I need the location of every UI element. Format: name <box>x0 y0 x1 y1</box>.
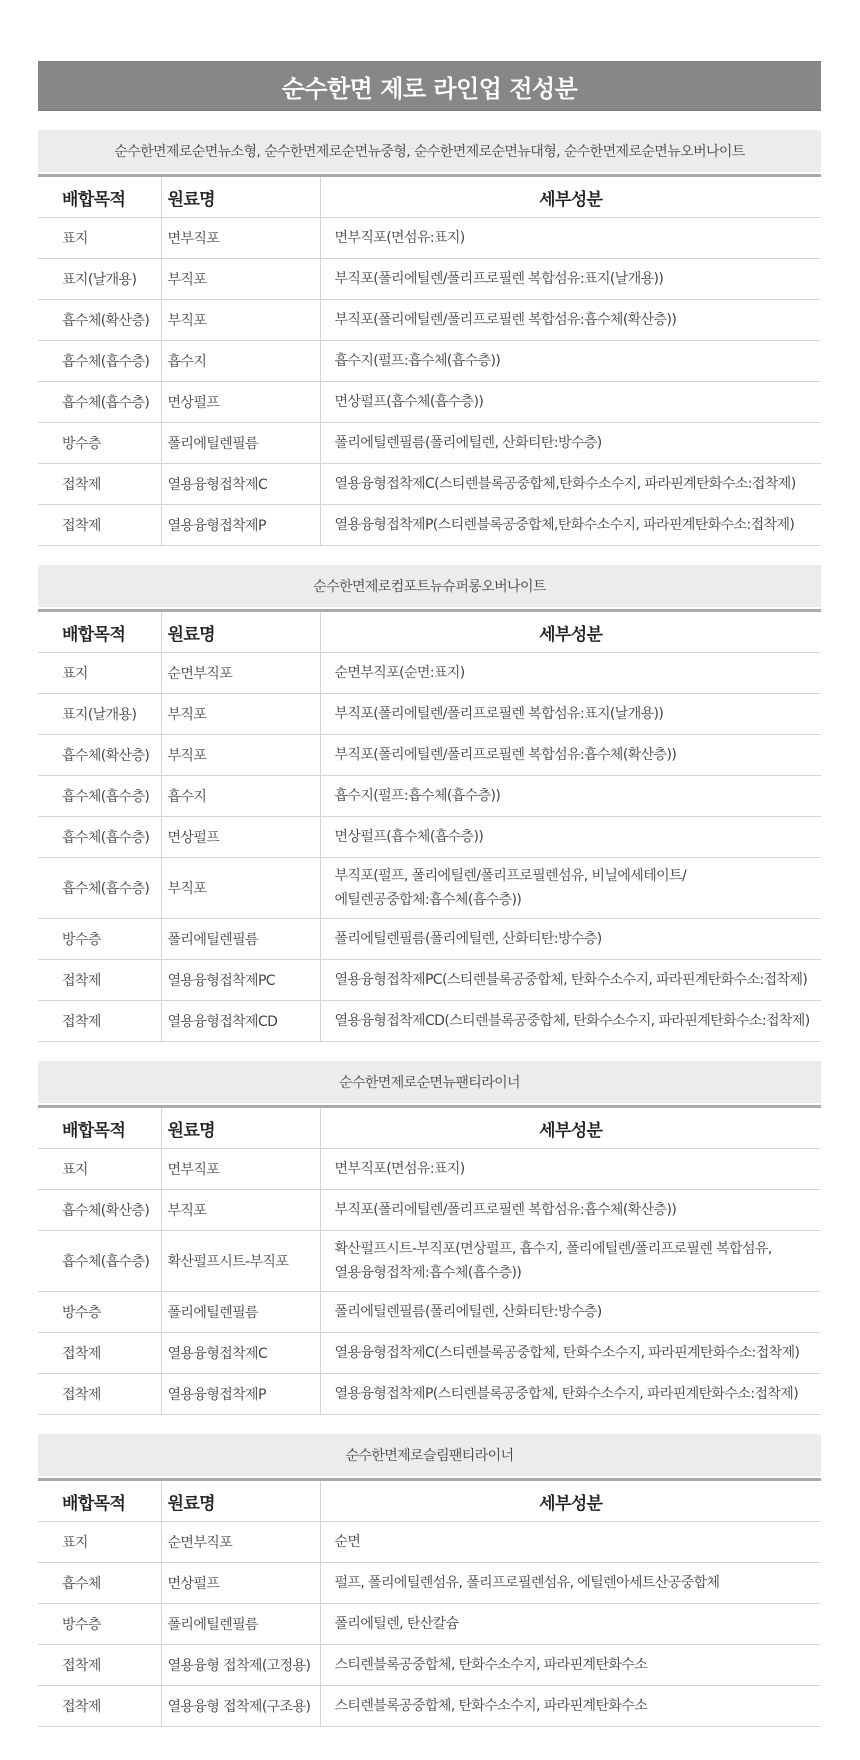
detail-cell: 폴리에틸렌필름(폴리에틸렌, 산화티탄:방수층) <box>320 1292 821 1333</box>
purpose-cell: 흡수체(흡수층) <box>38 817 161 858</box>
detail-cell: 부직포(폴리에틸렌/폴리프로필렌 복합섬유:표지(날개용)) <box>320 259 821 300</box>
material-cell: 폴리에틸렌필름 <box>161 919 320 960</box>
material-cell: 열용융형 접착제(구조용) <box>161 1686 320 1727</box>
detail-cell: 폴리에틸렌, 탄산칼슘 <box>320 1604 821 1645</box>
ingredients-table: 배합목적 원료명 세부성분 표지 면부직포 면부직포(면섬유:표지) 흡수체(확… <box>38 1105 821 1415</box>
detail-cell: 부직포(펄프, 폴리에틸렌/폴리프로필렌섬유, 비닐에세테이트/ 에틸렌공중합체… <box>320 858 821 919</box>
product-names: 순수한면제로슬림팬티라이너 <box>38 1434 821 1476</box>
material-cell: 순면부직포 <box>161 653 320 694</box>
material-cell: 열용융형접착제C <box>161 1333 320 1374</box>
table-row: 표지 순면부직포 순면 <box>38 1522 821 1563</box>
table-header-row: 배합목적 원료명 세부성분 <box>38 1480 821 1522</box>
detail-cell: 폴리에틸렌필름(폴리에틸렌, 산화티탄:방수층) <box>320 919 821 960</box>
column-header-material: 원료명 <box>161 1480 320 1522</box>
material-cell: 면부직포 <box>161 218 320 259</box>
detail-cell: 흡수지(펄프:흡수체(흡수층)) <box>320 776 821 817</box>
table-header-row: 배합목적 원료명 세부성분 <box>38 176 821 218</box>
purpose-cell: 접착제 <box>38 960 161 1001</box>
material-cell: 열용융형접착제PC <box>161 960 320 1001</box>
product-names: 순수한면제로순면뉴소형, 순수한면제로순면뉴중형, 순수한면제로순면뉴대형, 순… <box>38 130 821 172</box>
detail-cell: 부직포(폴리에틸렌/폴리프로필렌 복합섬유:흡수체(확산층)) <box>320 300 821 341</box>
detail-cell: 열용융형접착제PC(스티렌블록공중합체, 탄화수소수지, 파라핀계탄화수소:접착… <box>320 960 821 1001</box>
detail-cell: 열용융형접착제C(스티렌블록공중합체, 탄화수소수지, 파라핀계탄화수소:접착제… <box>320 1333 821 1374</box>
product-names: 순수한면제로순면뉴팬티라이너 <box>38 1061 821 1103</box>
table-row: 접착제 열용융형접착제P 열용융형접착제P(스티렌블록공중합체,탄화수소수지, … <box>38 505 821 546</box>
table-row: 표지 면부직포 면부직포(면섬유:표지) <box>38 218 821 259</box>
detail-cell: 열용융형접착제C(스티렌블록공중합체,탄화수소수지, 파라핀계탄화수소:접착제) <box>320 464 821 505</box>
material-cell: 면부직포 <box>161 1149 320 1190</box>
detail-cell: 열용융형접착제P(스티렌블록공중합체,탄화수소수지, 파라핀계탄화수소:접착제) <box>320 505 821 546</box>
page-title: 순수한면 제로 라인업 전성분 <box>38 61 821 111</box>
material-cell: 부직포 <box>161 259 320 300</box>
detail-cell: 순면 <box>320 1522 821 1563</box>
table-row: 방수층 폴리에틸렌필름 폴리에틸렌, 탄산칼슘 <box>38 1604 821 1645</box>
table-header-row: 배합목적 원료명 세부성분 <box>38 611 821 653</box>
purpose-cell: 방수층 <box>38 1292 161 1333</box>
material-cell: 부직포 <box>161 858 320 919</box>
material-cell: 부직포 <box>161 1190 320 1231</box>
table-row: 흡수체(확산층) 부직포 부직포(폴리에틸렌/폴리프로필렌 복합섬유:흡수체(확… <box>38 300 821 341</box>
column-header-purpose: 배합목적 <box>38 1107 161 1149</box>
detail-cell: 면상펄프(흡수체(흡수층)) <box>320 382 821 423</box>
material-cell: 부직포 <box>161 735 320 776</box>
purpose-cell: 흡수체(확산층) <box>38 1190 161 1231</box>
sections-container: 순수한면제로순면뉴소형, 순수한면제로순면뉴중형, 순수한면제로순면뉴대형, 순… <box>38 130 821 1727</box>
material-cell: 열용융형접착제P <box>161 505 320 546</box>
purpose-cell: 방수층 <box>38 423 161 464</box>
material-cell: 면상펄프 <box>161 382 320 423</box>
purpose-cell: 방수층 <box>38 919 161 960</box>
material-cell: 면상펄프 <box>161 817 320 858</box>
detail-cell: 면부직포(면섬유:표지) <box>320 218 821 259</box>
detail-cell: 스티렌블록공중합체, 탄화수소수지, 파라핀계탄화수소 <box>320 1645 821 1686</box>
detail-cell: 면부직포(면섬유:표지) <box>320 1149 821 1190</box>
purpose-cell: 표지 <box>38 218 161 259</box>
detail-cell: 열용융형접착제P(스티렌블록공중합체, 탄화수소수지, 파라핀계탄화수소:접착제… <box>320 1374 821 1415</box>
column-header-detail: 세부성분 <box>320 176 821 218</box>
column-header-material: 원료명 <box>161 1107 320 1149</box>
table-row: 흡수체(흡수층) 흡수지 흡수지(펄프:흡수체(흡수층)) <box>38 776 821 817</box>
material-cell: 열용융형접착제P <box>161 1374 320 1415</box>
purpose-cell: 흡수체(흡수층) <box>38 341 161 382</box>
table-row: 접착제 열용융형접착제C 열용융형접착제C(스티렌블록공중합체,탄화수소수지, … <box>38 464 821 505</box>
table-row: 흡수체(흡수층) 면상펄프 면상펄프(흡수체(흡수층)) <box>38 817 821 858</box>
purpose-cell: 접착제 <box>38 1374 161 1415</box>
purpose-cell: 접착제 <box>38 1645 161 1686</box>
table-row: 방수층 폴리에틸렌필름 폴리에틸렌필름(폴리에틸렌, 산화티탄:방수층) <box>38 423 821 464</box>
detail-cell: 면상펄프(흡수체(흡수층)) <box>320 817 821 858</box>
purpose-cell: 표지 <box>38 1522 161 1563</box>
purpose-cell: 접착제 <box>38 464 161 505</box>
ingredients-table: 배합목적 원료명 세부성분 표지 순면부직포 순면 흡수체 면상펄프 펄프, 폴… <box>38 1478 821 1727</box>
detail-cell: 폴리에틸렌필름(폴리에틸렌, 산화티탄:방수층) <box>320 423 821 464</box>
column-header-purpose: 배합목적 <box>38 1480 161 1522</box>
table-row: 접착제 열용융형접착제CD 열용융형접착제CD(스티렌블록공중합체, 탄화수소수… <box>38 1001 821 1042</box>
purpose-cell: 흡수체(흡수층) <box>38 382 161 423</box>
purpose-cell: 접착제 <box>38 505 161 546</box>
product-section: 순수한면제로슬림팬티라이너 배합목적 원료명 세부성분 표지 순면부직포 순면 … <box>38 1434 821 1727</box>
table-row: 흡수체 면상펄프 펄프, 폴리에틸렌섬유, 폴리프로필렌섬유, 에틸렌아세트산공… <box>38 1563 821 1604</box>
table-row: 접착제 열용융형접착제C 열용융형접착제C(스티렌블록공중합체, 탄화수소수지,… <box>38 1333 821 1374</box>
material-cell: 부직포 <box>161 300 320 341</box>
detail-cell: 스티렌블록공중합체, 탄화수소수지, 파라핀계탄화수소 <box>320 1686 821 1727</box>
table-row: 접착제 열용융형 접착제(고정용) 스티렌블록공중합체, 탄화수소수지, 파라핀… <box>38 1645 821 1686</box>
table-row: 표지 순면부직포 순면부직포(순면:표지) <box>38 653 821 694</box>
purpose-cell: 흡수체(흡수층) <box>38 858 161 919</box>
material-cell: 흡수지 <box>161 341 320 382</box>
table-header-row: 배합목적 원료명 세부성분 <box>38 1107 821 1149</box>
material-cell: 흡수지 <box>161 776 320 817</box>
detail-cell: 흡수지(펄프:흡수체(흡수층)) <box>320 341 821 382</box>
purpose-cell: 흡수체(흡수층) <box>38 776 161 817</box>
material-cell: 열용융형 접착제(고정용) <box>161 1645 320 1686</box>
material-cell: 폴리에틸렌필름 <box>161 1604 320 1645</box>
purpose-cell: 표지 <box>38 1149 161 1190</box>
purpose-cell: 흡수체(확산층) <box>38 735 161 776</box>
material-cell: 면상펄프 <box>161 1563 320 1604</box>
table-row: 접착제 열용융형 접착제(구조용) 스티렌블록공중합체, 탄화수소수지, 파라핀… <box>38 1686 821 1727</box>
detail-cell: 부직포(폴리에틸렌/폴리프로필렌 복합섬유:흡수체(확산층)) <box>320 1190 821 1231</box>
column-header-detail: 세부성분 <box>320 1107 821 1149</box>
detail-cell: 펄프, 폴리에틸렌섬유, 폴리프로필렌섬유, 에틸렌아세트산공중합체 <box>320 1563 821 1604</box>
material-cell: 폴리에틸렌필름 <box>161 1292 320 1333</box>
purpose-cell: 흡수체 <box>38 1563 161 1604</box>
material-cell: 확산펄프시트-부직포 <box>161 1231 320 1292</box>
table-row: 흡수체(확산층) 부직포 부직포(폴리에틸렌/폴리프로필렌 복합섬유:흡수체(확… <box>38 1190 821 1231</box>
material-cell: 열용융형접착제CD <box>161 1001 320 1042</box>
column-header-material: 원료명 <box>161 611 320 653</box>
column-header-detail: 세부성분 <box>320 1480 821 1522</box>
purpose-cell: 표지(날개용) <box>38 694 161 735</box>
table-row: 흡수체(흡수층) 흡수지 흡수지(펄프:흡수체(흡수층)) <box>38 341 821 382</box>
product-names: 순수한면제로컴포트뉴슈퍼롱오버나이트 <box>38 565 821 607</box>
column-header-purpose: 배합목적 <box>38 611 161 653</box>
table-row: 표지 면부직포 면부직포(면섬유:표지) <box>38 1149 821 1190</box>
table-row: 표지(날개용) 부직포 부직포(폴리에틸렌/폴리프로필렌 복합섬유:표지(날개용… <box>38 694 821 735</box>
purpose-cell: 접착제 <box>38 1333 161 1374</box>
table-row: 접착제 열용융형접착제PC 열용융형접착제PC(스티렌블록공중합체, 탄화수소수… <box>38 960 821 1001</box>
purpose-cell: 접착제 <box>38 1686 161 1727</box>
purpose-cell: 접착제 <box>38 1001 161 1042</box>
purpose-cell: 방수층 <box>38 1604 161 1645</box>
product-section: 순수한면제로순면뉴소형, 순수한면제로순면뉴중형, 순수한면제로순면뉴대형, 순… <box>38 130 821 546</box>
detail-cell: 열용융형접착제CD(스티렌블록공중합체, 탄화수소수지, 파라핀계탄화수소:접착… <box>320 1001 821 1042</box>
table-row: 접착제 열용융형접착제P 열용융형접착제P(스티렌블록공중합체, 탄화수소수지,… <box>38 1374 821 1415</box>
detail-cell: 확산펄프시트-부직포(면상펄프, 흡수지, 폴리에틸렌/폴리프로필렌 복합섬유,… <box>320 1231 821 1292</box>
table-row: 흡수체(흡수층) 확산펄프시트-부직포 확산펄프시트-부직포(면상펄프, 흡수지… <box>38 1231 821 1292</box>
material-cell: 부직포 <box>161 694 320 735</box>
material-cell: 폴리에틸렌필름 <box>161 423 320 464</box>
table-row: 흡수체(확산층) 부직포 부직포(폴리에틸렌/폴리프로필렌 복합섬유:흡수체(확… <box>38 735 821 776</box>
table-row: 방수층 폴리에틸렌필름 폴리에틸렌필름(폴리에틸렌, 산화티탄:방수층) <box>38 1292 821 1333</box>
detail-cell: 순면부직포(순면:표지) <box>320 653 821 694</box>
column-header-detail: 세부성분 <box>320 611 821 653</box>
table-row: 흡수체(흡수층) 면상펄프 면상펄프(흡수체(흡수층)) <box>38 382 821 423</box>
column-header-material: 원료명 <box>161 176 320 218</box>
product-section: 순수한면제로순면뉴팬티라이너 배합목적 원료명 세부성분 표지 면부직포 면부직… <box>38 1061 821 1415</box>
purpose-cell: 표지(날개용) <box>38 259 161 300</box>
table-row: 표지(날개용) 부직포 부직포(폴리에틸렌/폴리프로필렌 복합섬유:표지(날개용… <box>38 259 821 300</box>
material-cell: 열용융형접착제C <box>161 464 320 505</box>
purpose-cell: 흡수체(확산층) <box>38 300 161 341</box>
product-section: 순수한면제로컴포트뉴슈퍼롱오버나이트 배합목적 원료명 세부성분 표지 순면부직… <box>38 565 821 1042</box>
ingredients-table: 배합목적 원료명 세부성분 표지 면부직포 면부직포(면섬유:표지) 표지(날개… <box>38 174 821 546</box>
table-row: 방수층 폴리에틸렌필름 폴리에틸렌필름(폴리에틸렌, 산화티탄:방수층) <box>38 919 821 960</box>
detail-cell: 부직포(폴리에틸렌/폴리프로필렌 복합섬유:흡수체(확산층)) <box>320 735 821 776</box>
material-cell: 순면부직포 <box>161 1522 320 1563</box>
ingredients-table: 배합목적 원료명 세부성분 표지 순면부직포 순면부직포(순면:표지) 표지(날… <box>38 609 821 1042</box>
purpose-cell: 흡수체(흡수층) <box>38 1231 161 1292</box>
table-row: 흡수체(흡수층) 부직포 부직포(펄프, 폴리에틸렌/폴리프로필렌섬유, 비닐에… <box>38 858 821 919</box>
column-header-purpose: 배합목적 <box>38 176 161 218</box>
detail-cell: 부직포(폴리에틸렌/폴리프로필렌 복합섬유:표지(날개용)) <box>320 694 821 735</box>
ingredients-page: 순수한면 제로 라인업 전성분 순수한면제로순면뉴소형, 순수한면제로순면뉴중형… <box>38 61 821 1727</box>
purpose-cell: 표지 <box>38 653 161 694</box>
